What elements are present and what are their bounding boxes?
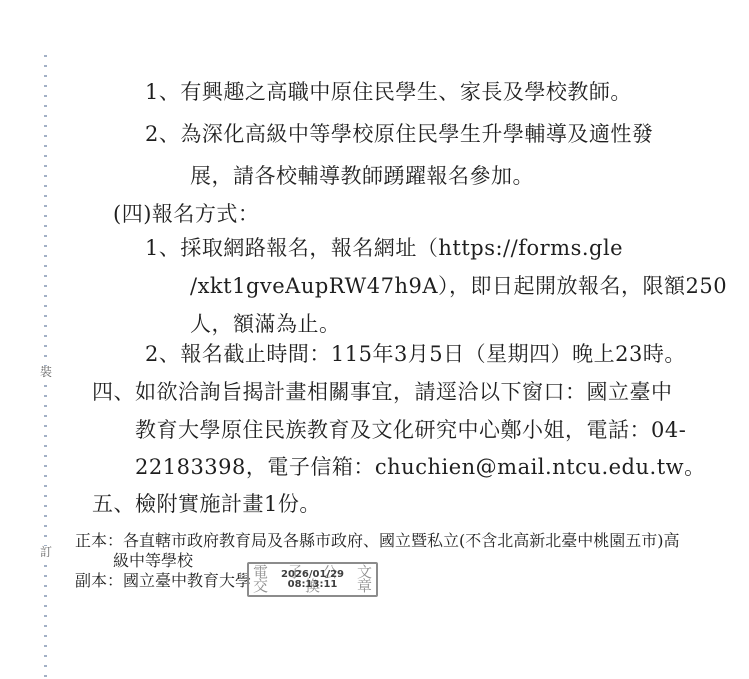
document-line: /xkt1gveAupRW47h9A），即日起開放報名，限額250 [190, 274, 727, 299]
document-line: (四)報名方式： [113, 202, 259, 227]
binding-mark-ding: 訂 [39, 546, 53, 558]
document-line: 五、檢附實施計畫1份。 [92, 492, 321, 517]
document-line: 四、如欲洽詢旨揭計畫相關事宜，請逕洽以下窗口：國立臺中 [92, 380, 673, 405]
document-line: 1、採取網路報名，報名網址（https://forms.gle [145, 236, 623, 261]
document-line: 2、報名截止時間：115年3月5日（星期四）晚上23時。 [145, 342, 686, 367]
document-page: 裝 訂 1、有興趣之高職中原住民學生、家長及學校教師。2、為深化高級中等學校原住… [0, 0, 749, 679]
stamp-datetime: 2026/01/29 08:13:11 [249, 564, 376, 595]
document-line: 1、有興趣之高職中原住民學生、家長及學校教師。 [145, 80, 632, 105]
document-line: 22183398，電子信箱：chuchien@mail.ntcu.edu.tw。 [135, 455, 706, 480]
document-line: 人，額滿為止。 [190, 312, 341, 337]
electronic-exchange-stamp: 電子公文 交換章 2026/01/29 08:13:11 [247, 562, 378, 597]
document-line: 副本：國立臺中教育大學 [75, 568, 251, 593]
stamp-time: 08:13:11 [288, 580, 338, 590]
binding-mark-zhuang: 裝 [39, 366, 53, 378]
stamp-date: 2026/01/29 [281, 570, 344, 580]
document-line: 教育大學原住民族教育及文化研究中心鄭小姐，電話：04- [135, 418, 686, 443]
document-line: 展，請各校輔導教師踴躍報名參加。 [190, 164, 534, 189]
document-line: 2、為深化高級中等學校原住民學生升學輔導及適性發 [145, 122, 653, 147]
